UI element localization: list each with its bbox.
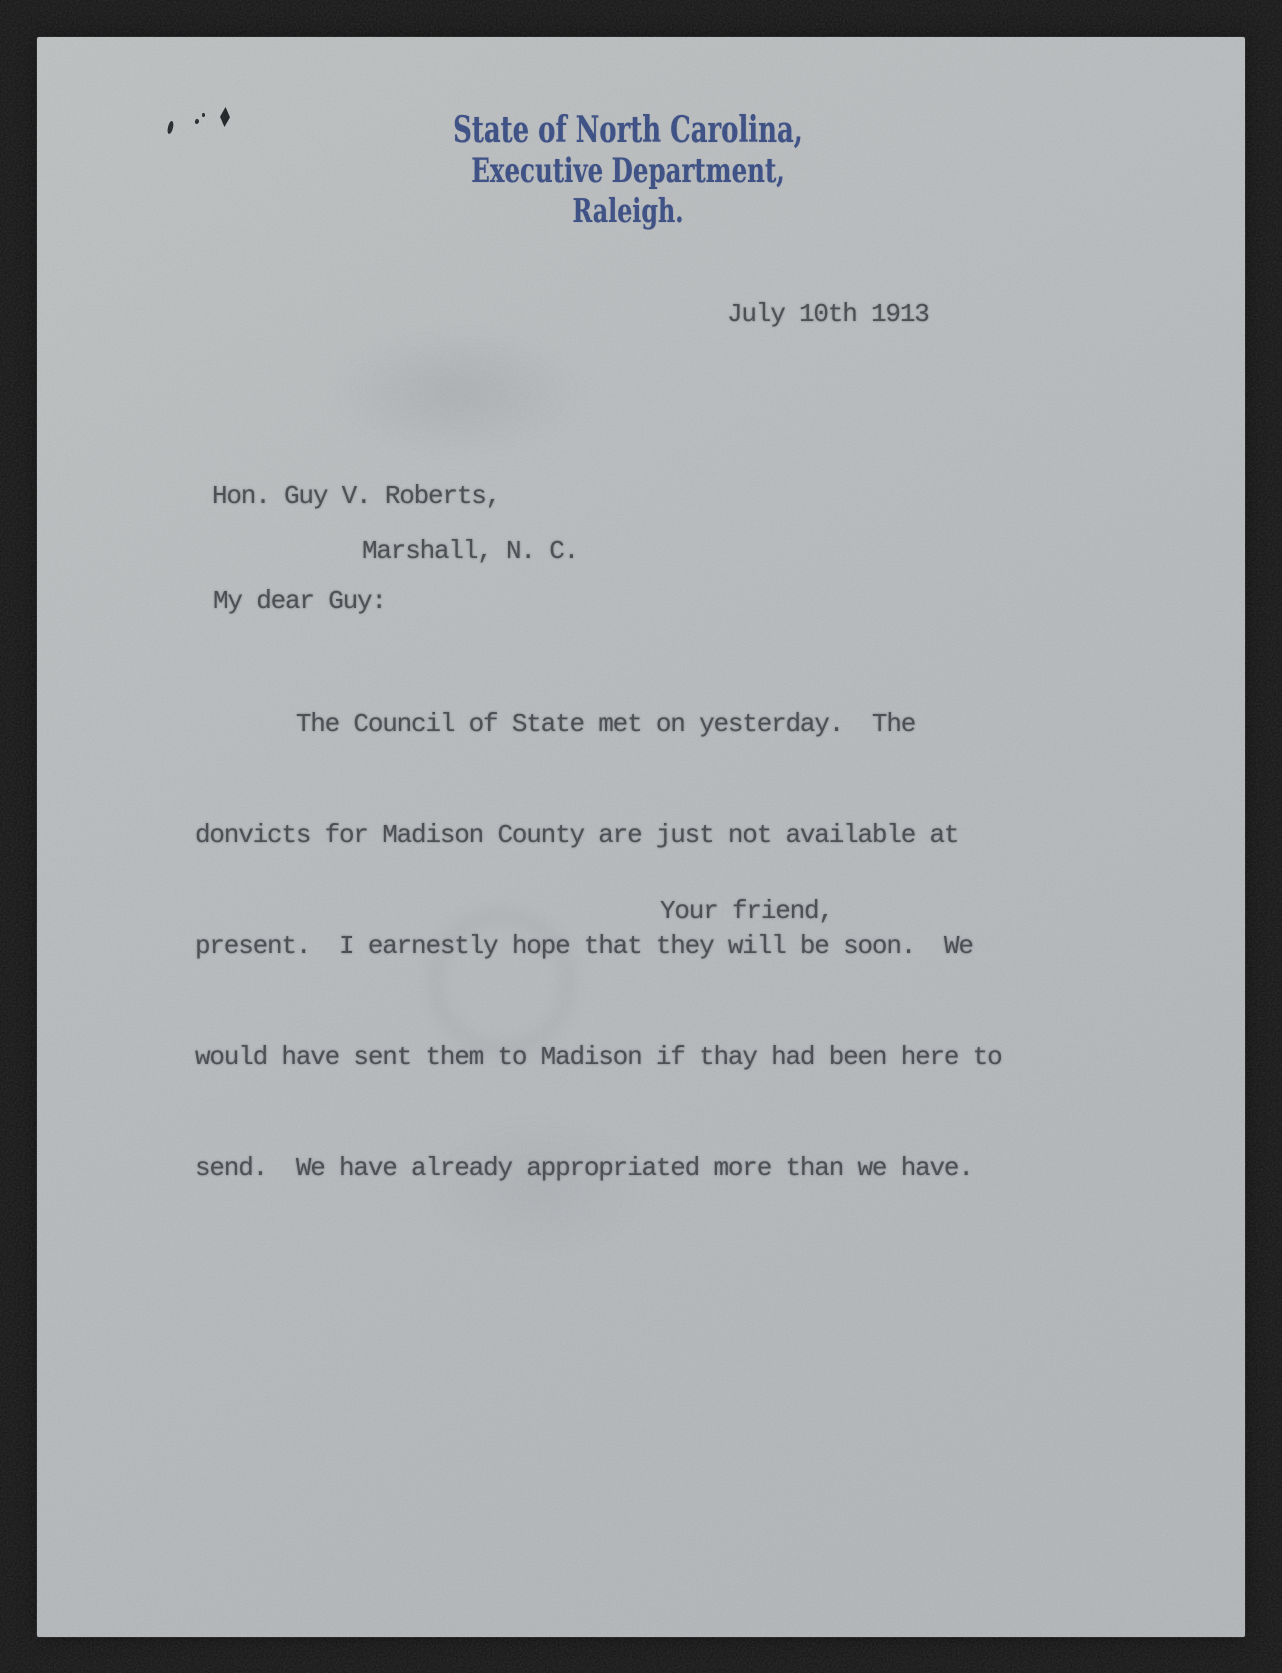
- ghost-smudge: [327, 327, 587, 457]
- letterhead: State of North Carolina, Executive Depar…: [24, 109, 1232, 231]
- recipient-address: Marshall, N. C.: [362, 536, 578, 566]
- salutation: My dear Guy:: [213, 586, 386, 616]
- letterhead-department-line: Executive Department,: [193, 151, 1063, 191]
- scanned-letter: State of North Carolina, Executive Depar…: [0, 0, 1282, 1673]
- letterhead-state-line: State of North Carolina,: [193, 109, 1063, 151]
- body-line: The Council of State met on yesterday. T…: [195, 699, 1002, 750]
- closing: Your friend,: [660, 896, 833, 926]
- letterhead-city-line: Raleigh.: [193, 191, 1063, 231]
- recipient-name: Hon. Guy V. Roberts,: [212, 481, 500, 511]
- body-line: present. I earnestly hope that they will…: [195, 921, 1002, 972]
- body-line: send. We have already appropriated more …: [195, 1143, 1002, 1194]
- letter-paper: State of North Carolina, Executive Depar…: [37, 37, 1245, 1637]
- body-line: donvicts for Madison County are just not…: [195, 810, 1002, 861]
- letter-date: July 10th 1913: [727, 299, 929, 329]
- body-line: would have sent them to Madison if thay …: [195, 1032, 1002, 1083]
- letter-body: The Council of State met on yesterday. T…: [195, 639, 1002, 1254]
